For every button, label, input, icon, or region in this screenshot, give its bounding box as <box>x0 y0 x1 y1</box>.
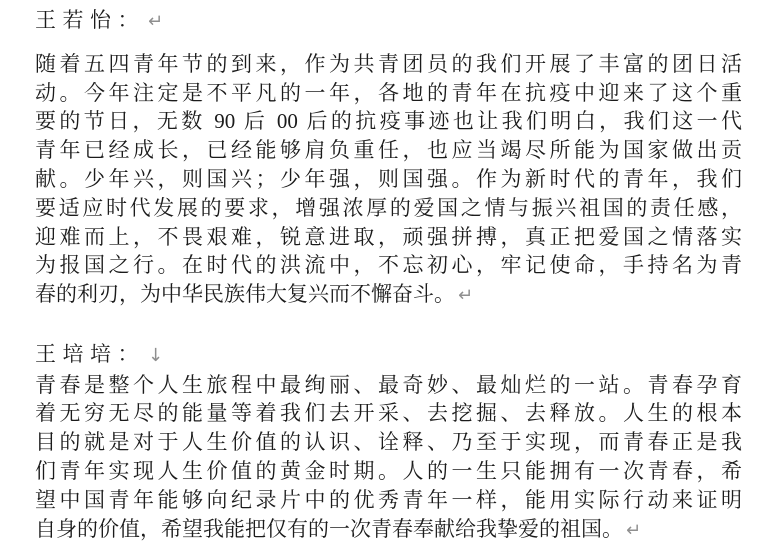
paragraph-mark-icon: ↵ <box>626 520 641 541</box>
paragraph-1-line: 为报国之行。在时代的洪流中，不忘初心，牢记使命，手持名为青 <box>35 251 742 280</box>
line-break-mark-icon: ↓ <box>148 345 163 366</box>
paragraph-1-line: 青年已经成长，已经能够肩负重任，也应当竭尽所能为国家做出贡 <box>35 136 742 165</box>
paragraph-2-line: 青春是整个人生旅程中最绚丽、最奇妙、最灿烂的一站。青春孕育 <box>35 371 742 400</box>
paragraph-2-line: 着无穷无尽的能量等着我们去开采、去挖掘、去释放。人生的根本 <box>35 399 742 428</box>
paragraph-mark-icon: ↵ <box>148 11 163 32</box>
paragraph-2-line-text: 自身的价值，希望我能把仅有的一次青春奉献给我挚爱的祖国。 <box>35 517 623 541</box>
paragraph-1-line-text: 春的利刃，为中华民族伟大复兴而不懈奋斗。 <box>35 282 455 306</box>
blank-line <box>35 311 742 340</box>
blank-line <box>35 37 742 50</box>
speaker-1-name: 王若怡： <box>35 8 145 32</box>
paragraph-1: 随着五四青年节的到来，作为共青团员的我们开展了丰富的团日活 动。今年注定是不平凡… <box>35 50 742 311</box>
paragraph-mark-icon: ↵ <box>458 285 473 306</box>
paragraph-1-line: 迎难而上，不畏艰难，锐意进取，顽强拼搏，真正把爱国之情落实 <box>35 223 742 252</box>
paragraph-1-line: 要的节日，无数 90 后 00 后的抗疫事迹也让我们明白，我们这一代 <box>35 107 742 136</box>
paragraph-2-last-line: 自身的价值，希望我能把仅有的一次青春奉献给我挚爱的祖国。↵ <box>35 515 742 546</box>
paragraph-1-line: 随着五四青年节的到来，作为共青团员的我们开展了丰富的团日活 <box>35 50 742 79</box>
paragraph-1-line: 要适应时代发展的要求，增强浓厚的爱国之情与振兴祖国的责任感， <box>35 194 742 223</box>
speaker-1-line: 王若怡：↵ <box>35 6 742 37</box>
speaker-2-name: 王培培： <box>35 342 145 366</box>
paragraph-2: 青春是整个人生旅程中最绚丽、最奇妙、最灿烂的一站。青春孕育 着无穷无尽的能量等着… <box>35 371 742 546</box>
paragraph-2-line: 望中国青年能够向纪录片中的优秀青年一样，能用实际行动来证明 <box>35 486 742 515</box>
paragraph-2-line: 们青年实现人生价值的黄金时期。人的一生只能拥有一次青春，希 <box>35 457 742 486</box>
document-page[interactable]: 王若怡：↵ 随着五四青年节的到来，作为共青团员的我们开展了丰富的团日活 动。今年… <box>0 0 757 552</box>
speaker-2-line: 王培培：↓ <box>35 340 742 371</box>
paragraph-1-last-line: 春的利刃，为中华民族伟大复兴而不懈奋斗。↵ <box>35 280 742 311</box>
paragraph-1-line: 献。少年兴，则国兴；少年强，则国强。作为新时代的青年，我们 <box>35 165 742 194</box>
paragraph-1-line: 动。今年注定是不平凡的一年，各地的青年在抗疫中迎来了这个重 <box>35 79 742 108</box>
paragraph-2-line: 目的就是对于人生价值的认识、诠释、乃至于实现，而青春正是我 <box>35 428 742 457</box>
